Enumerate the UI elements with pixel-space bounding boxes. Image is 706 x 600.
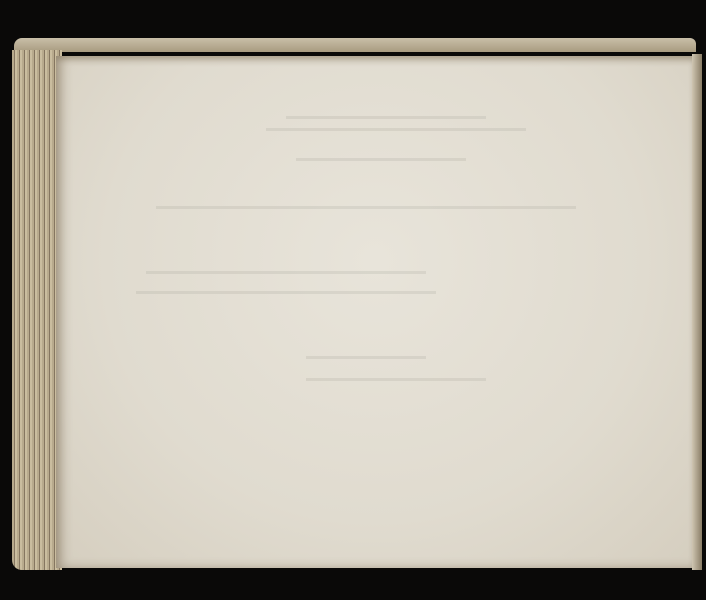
bleed-through-mark <box>146 271 426 274</box>
bleed-through-mark <box>156 206 576 209</box>
bleed-through-mark <box>296 158 466 161</box>
book-cover-top-edge <box>14 38 696 52</box>
bleed-through-mark <box>136 291 436 294</box>
bleed-through-mark <box>286 116 486 119</box>
bleed-through-mark <box>266 128 526 131</box>
page-edges-stack <box>12 50 62 570</box>
bleed-through-mark <box>306 356 426 359</box>
blank-page <box>56 56 694 568</box>
facing-page-edge <box>692 54 702 570</box>
bleed-through-mark <box>306 378 486 381</box>
open-book <box>10 38 700 578</box>
